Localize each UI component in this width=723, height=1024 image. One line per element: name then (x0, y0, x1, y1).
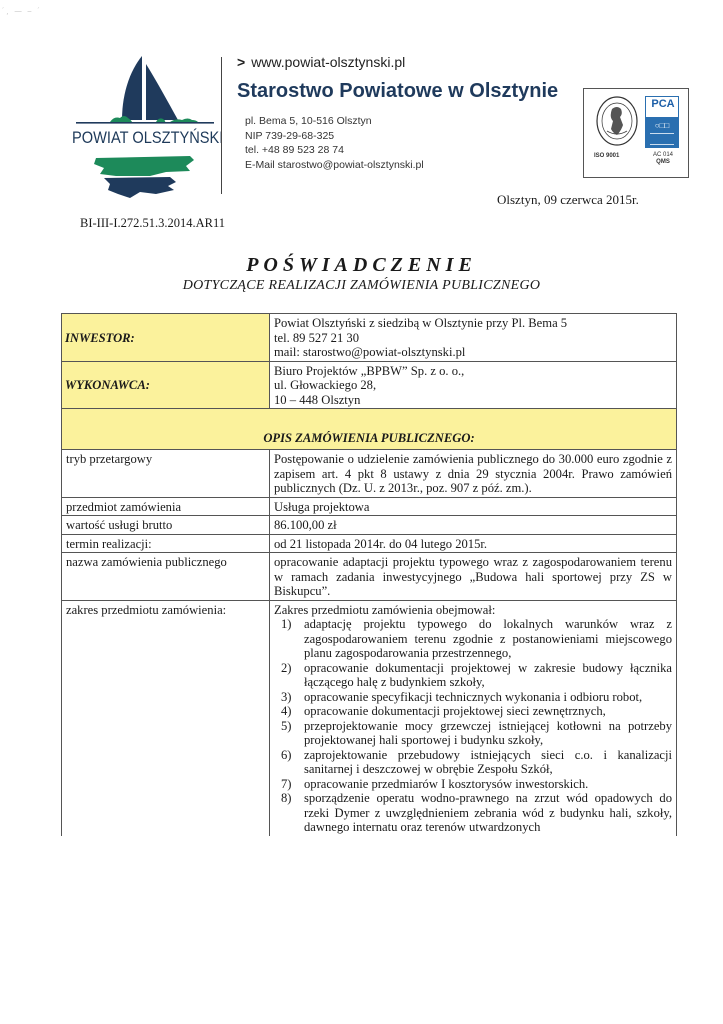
contractor-details: Biuro Projektów „BPBW” Sp. z o. o., ul. … (270, 361, 677, 409)
contractor-label: WYKONAWCA: (62, 361, 270, 409)
reference-number: BI-III-I.272.51.3.2014.AR11 (80, 216, 225, 231)
organization-name: Starostwo Powiatowe w Olsztynie (237, 80, 558, 103)
pca-symbol-icon: ○□□ (645, 121, 679, 130)
email-line: E-Mail starostwo@powiat-olsztynski.pl (245, 158, 424, 173)
scope-list: 1)adaptację projektu typowego do lokalny… (274, 617, 672, 835)
scope-item: 2)opracowanie dokumentacji projektowej w… (304, 661, 672, 690)
place-date: Olsztyn, 09 czerwca 2015r. (497, 192, 639, 208)
row-label: termin realizacji: (62, 534, 270, 553)
row-label: wartość usługi brutto (62, 516, 270, 535)
pca-logo-text: PCA (646, 98, 680, 110)
powiat-logo-icon (70, 50, 220, 200)
iso-seal-icon (595, 95, 639, 147)
investor-line: Powiat Olsztyński z siedzibą w Olsztynie… (274, 316, 672, 331)
pca-label: AC 014 QMS (646, 152, 680, 166)
scope-item: 3)opracowanie specyfikacji technicznych … (304, 690, 672, 705)
scope-item: 1)adaptację projektu typowego do lokalny… (304, 617, 672, 661)
scope-item: 4)opracowanie dokumentacji projektowej s… (304, 704, 672, 719)
scan-artifact: ´¸ — – ´ (2, 8, 42, 15)
iso-label: ISO 9001 (594, 153, 619, 159)
contractor-name: Biuro Projektów „BPBW” Sp. z o. o., (274, 364, 672, 379)
document-subtitle: DOTYCZĄCE REALIZACJI ZAMÓWIENIA PUBLICZN… (0, 278, 723, 294)
contractor-street: ul. Głowackiego 28, (274, 378, 672, 393)
section-title: OPIS ZAMÓWIENIA PUBLICZNEGO: (62, 409, 677, 450)
pca-badge: PCA ○□□ (645, 96, 679, 148)
investor-phone: tel. 89 527 21 30 (274, 331, 672, 346)
row-label: przedmiot zamówienia (62, 497, 270, 516)
investor-label: INWESTOR: (62, 314, 270, 362)
contractor-row: WYKONAWCA: Biuro Projektów „BPBW” Sp. z … (62, 361, 677, 409)
row-value: Postępowanie o udzielenie zamówienia pub… (270, 450, 677, 498)
pca-type: QMS (646, 159, 680, 166)
scope-item: 5)przeprojektowanie mocy grzewczej istni… (304, 719, 672, 748)
table-row: przedmiot zamówienia Usługa projektowa (62, 497, 677, 516)
document-title: POŚWIADCZENIE (0, 254, 723, 277)
row-value: Usługa projektowa (270, 497, 677, 516)
table-row: wartość usługi brutto 86.100,00 zł (62, 516, 677, 535)
row-value: 86.100,00 zł (270, 516, 677, 535)
table-row: tryb przetargowy Postępowanie o udzielen… (62, 450, 677, 498)
row-value: opracowanie adaptacji projektu typowego … (270, 553, 677, 601)
nip-line: NIP 739-29-68-325 (245, 129, 424, 144)
phone-line: tel. +48 89 523 28 74 (245, 143, 424, 158)
arrow-icon: > (237, 54, 245, 70)
scope-row: zakres przedmiotu zamówienia: Zakres prz… (62, 600, 677, 836)
scope-item: 6)zaprojektowanie przebudowy istniejącyc… (304, 748, 672, 777)
website-link[interactable]: www.powiat-olsztynski.pl (251, 54, 405, 70)
section-header-row: OPIS ZAMÓWIENIA PUBLICZNEGO: (62, 409, 677, 450)
scope-label: zakres przedmiotu zamówienia: (62, 600, 270, 836)
logo-text: POWIAT OLSZTYŃSKI (72, 128, 197, 148)
investor-details: Powiat Olsztyński z siedzibą w Olsztynie… (270, 314, 677, 362)
scope-intro: Zakres przedmiotu zamówienia obejmował: (274, 603, 672, 618)
header-divider (221, 57, 222, 194)
scope-item: 8)sporządzenie operatu wodno-prawnego na… (304, 791, 672, 835)
row-value: od 21 listopada 2014r. do 04 lutego 2015… (270, 534, 677, 553)
row-label: nazwa zamówienia publicznego (62, 553, 270, 601)
investor-row: INWESTOR: Powiat Olsztyński z siedzibą w… (62, 314, 677, 362)
scope-details: Zakres przedmiotu zamówienia obejmował: … (270, 600, 677, 836)
contractor-city: 10 – 448 Olsztyn (274, 393, 672, 408)
website-line: >www.powiat-olsztynski.pl (237, 54, 405, 70)
pca-code: AC 014 (646, 152, 680, 159)
address-line: pl. Bema 5, 10-516 Olsztyn (245, 114, 424, 129)
table-row: termin realizacji: od 21 listopada 2014r… (62, 534, 677, 553)
table-row: nazwa zamówienia publicznego opracowanie… (62, 553, 677, 601)
certificate-table: INWESTOR: Powiat Olsztyński z siedzibą w… (61, 313, 677, 836)
investor-email: mail: starostwo@powiat-olsztynski.pl (274, 345, 672, 360)
pca-text-lines (650, 133, 674, 145)
row-label: tryb przetargowy (62, 450, 270, 498)
address-block: pl. Bema 5, 10-516 Olsztyn NIP 739-29-68… (245, 114, 424, 172)
scope-item: 7)opracowanie przedmiarów I kosztorysów … (304, 777, 672, 792)
